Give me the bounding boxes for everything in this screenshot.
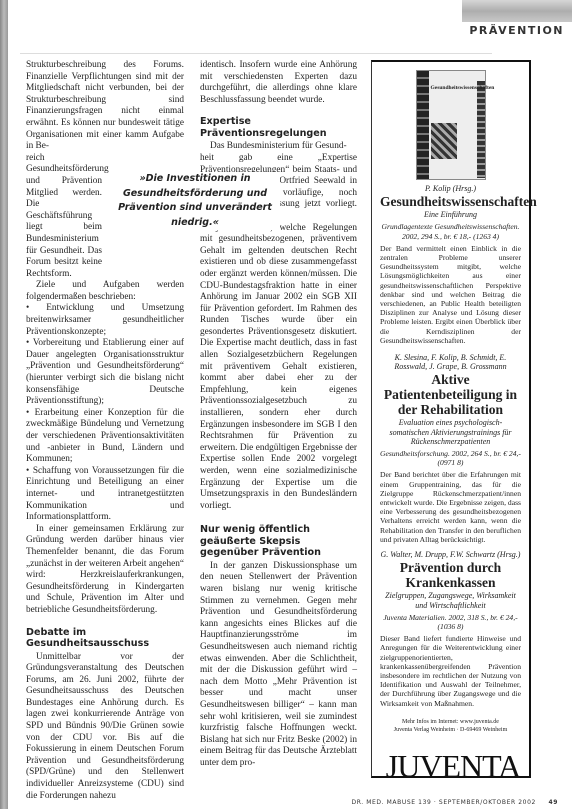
journal-issue: DR. MED. MABUSE 139 · SEPTEMBER/OKTOBER … — [351, 799, 535, 806]
page-footer: DR. MED. MABUSE 139 · SEPTEMBER/OKTOBER … — [351, 799, 558, 806]
page-spine — [0, 0, 8, 809]
paragraph-wrapped: reich Gesundheitsförderung und Präventio… — [26, 153, 102, 281]
paragraph: In einer gemeinsamen Erklärung zur Gründ… — [26, 524, 184, 617]
contact-line: Juventa Verlag Weinheim · D-69469 Weinhe… — [380, 726, 521, 734]
book-subtitle: Zielgruppen, Zugangswege, Wirksamkeit un… — [380, 591, 521, 609]
book-meta: Juventa Materialien. 2002, 318 S., br. €… — [380, 613, 521, 631]
book-title: Prävention durch Krankenkassen — [380, 560, 521, 590]
book-description: Der Band vermittelt einen Einblick in di… — [380, 244, 521, 345]
section-heading: Debatte im Gesundheitsausschuss — [26, 627, 184, 650]
bullet-item: • Erarbeitung einer Konzeption für die z… — [26, 408, 184, 466]
page-number: 49 — [548, 799, 558, 806]
book-cover-image: Gesundheitswissenschaften — [416, 70, 486, 180]
advertisement-box: Gesundheitswissenschaften P. Kolip (Hrsg… — [371, 60, 531, 778]
article-column-2: identisch. Insofern wurde eine Anhörung … — [200, 60, 357, 770]
paragraph: In der ganzen Diskussionsphase um den ne… — [200, 561, 357, 770]
book-meta: Gesundheitsforschung. 2002, 264 S., br. … — [380, 449, 521, 467]
paragraph: identisch. Insofern wurde eine Anhörung … — [200, 60, 357, 106]
publisher-logo: JUVENTA — [383, 748, 523, 785]
book-title: Gesundheitswissenschaften — [380, 194, 521, 209]
paragraph: Unmittelbar vor der Gründungsveranstaltu… — [26, 652, 184, 803]
book-meta: Grundlagentexte Gesundheitswissenschafte… — [380, 222, 521, 240]
section-heading: Nur wenig öffentlich geäußerte Skepsis g… — [200, 524, 357, 559]
bullet-item: • Vorbereitung und Etablierung einer auf… — [26, 338, 184, 408]
paragraph: analysiert werden, welche Regelungen mit… — [200, 223, 357, 513]
contact-line: Mehr Infos im Internet: www.juventa.de — [380, 718, 521, 726]
section-label: PRÄVENTION — [469, 24, 564, 37]
book-editors: K. Slesina, F. Kolip, B. Schmidt, E. Ros… — [380, 353, 521, 371]
book-subtitle: Eine Einführung — [380, 210, 521, 219]
pull-quote: »Die Investitionen in Gesundheitsförderu… — [110, 172, 280, 230]
book-title: Aktive Patientenbeteiligung in der Rehab… — [380, 372, 521, 417]
paragraph: Ziele und Aufgaben werden folgendermaßen… — [26, 280, 184, 303]
cover-title: Gesundheitswissenschaften — [431, 85, 495, 91]
book-description: Dieser Band liefert fundierte Hinweise u… — [380, 634, 521, 708]
book-subtitle: Evaluation eines psychologisch-somatisch… — [380, 418, 521, 446]
paragraph: Strukturbeschreibung des Forums. Finanzi… — [26, 60, 184, 153]
contact-info: Mehr Infos im Internet: www.juventa.de J… — [380, 718, 521, 734]
top-rule — [20, 53, 492, 54]
paragraph: Das Bundesministerium für Gesund- — [200, 141, 357, 153]
header-band — [462, 0, 572, 22]
bullet-item: • Schaffung von Voraussetzungen für die … — [26, 466, 184, 524]
book-editors: P. Kolip (Hrsg.) — [380, 184, 521, 193]
book-editors: G. Walter, M. Drupp, F.W. Schwartz (Hrsg… — [380, 550, 521, 559]
book-description: Der Band berichtet über die Erfahrungen … — [380, 470, 521, 544]
bullet-item: • Entwicklung und Umsetzung breitenwirks… — [26, 303, 184, 338]
section-heading: Expertise Präventionsregelungen — [200, 116, 357, 139]
